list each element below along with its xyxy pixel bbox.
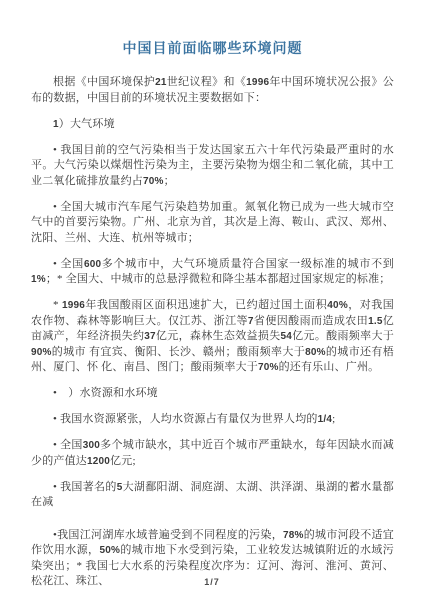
paragraph: • 我国目前的空气污染相当于发达国家五六十年代污染最严重时的水平。大气污染以煤烟… — [31, 143, 394, 190]
paragraph: 根据《中国环境保护21世纪议程》和《1996年中国环境状况公报》公布的数据，中国… — [31, 75, 394, 106]
paragraph: • 全国600多个城市中，大气环境质量符合国家一级标准的城市不到1%；* 全国大… — [31, 257, 394, 288]
paragraph: 1）大气环境 — [31, 117, 394, 133]
paragraph: • ）水资源和水环境 — [31, 386, 394, 402]
paragraph: • 全国大城市汽车尾气污染趋势加重。氮氧化物已成为一些大城市空气中的首要污染物。… — [31, 200, 394, 247]
paragraph: • 我国水资源紧张，人均水资源占有量仅为世界人均的1/4; — [31, 412, 394, 428]
page-number: 1/7 — [0, 577, 424, 587]
doc-body: 根据《中国环境保护21世纪议程》和《1996年中国环境状况公报》公布的数据，中国… — [31, 75, 394, 590]
paragraph: * 1996年我国酸雨区面积迅速扩大，已约超过国土面积40%，对我国农作物、森林… — [31, 298, 394, 376]
document-content: 中国目前面临哪些环境问题 根据《中国环境保护21世纪议程》和《1996年中国环境… — [31, 38, 394, 600]
paragraph: • 全国300多个城市缺水，其中近百个城市严重缺水，每年因缺水而减少的产值达12… — [31, 438, 394, 469]
paragraph: • 我国著名的5大湖鄱阳湖、洞庭湖、太湖、洪泽湖、巢湖的蓄水量都在减 — [31, 480, 394, 511]
page-title: 中国目前面临哪些环境问题 — [31, 38, 394, 58]
document-page: 中国目前面临哪些环境问题 根据《中国环境保护21世纪议程》和《1996年中国环境… — [0, 0, 424, 600]
